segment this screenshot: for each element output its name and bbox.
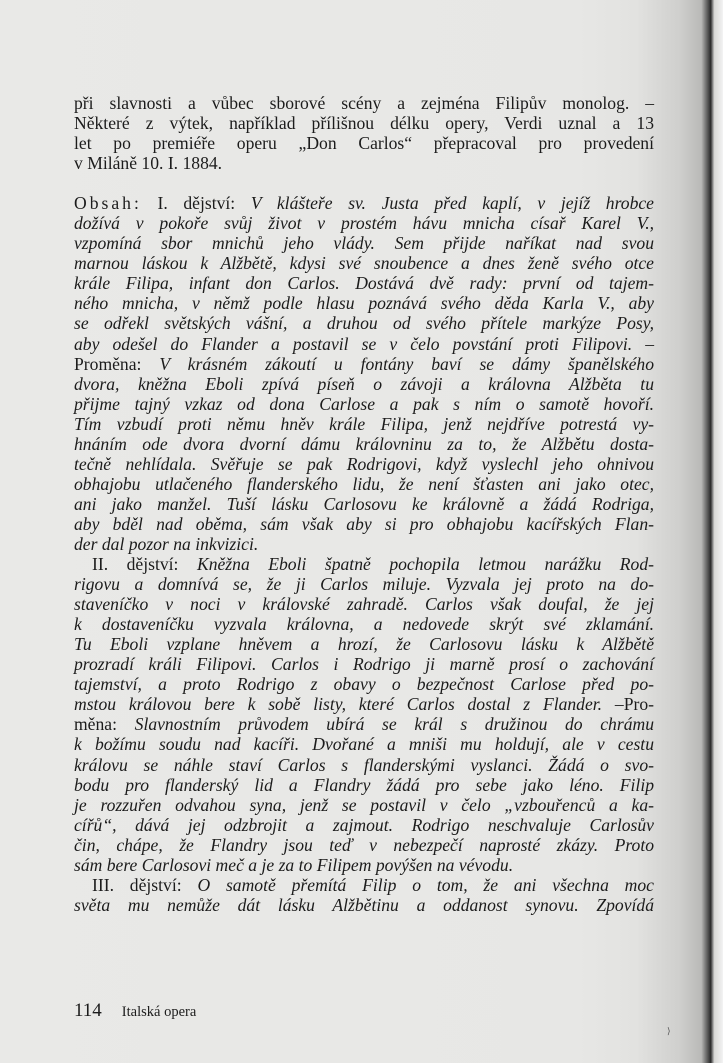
act1-change-line: přijme tajný vzkaz od dona Carlose a pak… xyxy=(74,394,654,414)
intro-line: při slavnosti a vůbec sborové scény a ze… xyxy=(74,93,654,113)
act1-line: ného mnicha, v němž podle hlasu poznává … xyxy=(74,293,654,313)
act2-line: rigovu a domnívá se, že ji Carlos miluje… xyxy=(74,574,654,594)
act2-line: staveníčko v noci v královské zahradě. C… xyxy=(74,594,654,614)
act2-heading: II. dějství: xyxy=(92,554,178,574)
intro-line: v Miláně 10. I. 1884. xyxy=(74,153,654,173)
act2-change-line: k božímu soudu nad kacíři. Dvořané a mni… xyxy=(74,734,654,754)
act1-change-line: hnáním ode dvora dvorní dámu královninu … xyxy=(74,434,654,454)
synopsis-label: Obsah: xyxy=(74,193,142,213)
paragraph-gap xyxy=(74,173,654,193)
act1-first-line: Obsah: I. dějství: V klášteře sv. Justa … xyxy=(74,193,654,213)
act3-line: světa mu nemůže dát lásku Alžbětinu a od… xyxy=(74,895,654,915)
act2-change-line: královu se náhle staví Carlos s flanders… xyxy=(74,755,654,775)
page-number: 114 xyxy=(74,1000,102,1021)
act2-line: mstou královou bere k sobě listy, které … xyxy=(74,694,654,714)
act1-change-line: Proměna: V krásném zákoutí u fontány bav… xyxy=(74,354,654,374)
act2-line: tajemství, a proto Rodrigo z obavy o bez… xyxy=(74,674,654,694)
act1-change-line: dvora, kněžna Eboli zpívá píseň o závoji… xyxy=(74,374,654,394)
book-page: při slavnosti a vůbec sborové scény a ze… xyxy=(0,0,723,1063)
act2-change-line: cířů“, dává jej odzbrojit a zajmout. Rod… xyxy=(74,815,654,835)
act2-text: mstou královou bere k sobě listy, které … xyxy=(74,694,624,714)
body-text: při slavnosti a vůbec sborové scény a ze… xyxy=(74,93,654,915)
intro-line: Některé z výtek, například přílišnou dél… xyxy=(74,113,654,133)
act2-line: k dostaveníčku vyzvala královna, a nedov… xyxy=(74,614,654,634)
act1-line: krále Filipa, infant don Carlos. Dostává… xyxy=(74,273,654,293)
intro-line: let po premiéře operu „Don Carlos“ přepr… xyxy=(74,133,654,153)
running-title: Italská opera xyxy=(122,1004,196,1020)
change-label-start: Pro- xyxy=(624,694,654,714)
act2-change-text: Slavnostním průvodem ubírá se král s dru… xyxy=(135,714,654,734)
act2-first-line: II. dějství: Kněžna Eboli špatně pochopi… xyxy=(74,554,654,574)
act1-change-line: aby bděl nad oběma, sám však aby si pro … xyxy=(74,514,654,534)
act2-change-line: čin, chápe, že Flandry jsou teď v nebezp… xyxy=(74,835,654,855)
act2-line: prozradí králi Filipovi. Carlos i Rodrig… xyxy=(74,654,654,674)
act2-change-line: je rozzuřen odvahou syna, jenž se postav… xyxy=(74,795,654,815)
act2-line: Tu Eboli vzplane hněvem a hrozí, že Carl… xyxy=(74,634,654,654)
act2-change-line: měna: Slavnostním průvodem ubírá se král… xyxy=(74,714,654,734)
act1-change-line: ani jako manžel. Tuší lásku Carlosovu ke… xyxy=(74,494,654,514)
act1-heading: I. dějství: xyxy=(157,193,235,213)
change-label-end: měna: xyxy=(74,714,117,734)
act1-line: marnou láskou k Alžbětě, kdysi své snoub… xyxy=(74,253,654,273)
act1-text: V klášteře sv. Justa před kaplí, v jejíž… xyxy=(251,193,654,213)
act1-change-line: tečně nehlídala. Svěřuje se pak Rodrigov… xyxy=(74,454,654,474)
act3-first-line: III. dějství: O samotě přemítá Filip o t… xyxy=(74,875,654,895)
act1-change-line: der dal pozor na inkvizici. xyxy=(74,534,654,554)
act3-text: O samotě přemítá Filip o tom, že ani vše… xyxy=(197,875,654,895)
act2-text: Kněžna Eboli špatně pochopila letmou nar… xyxy=(197,554,654,574)
change-label: Proměna: xyxy=(74,354,141,374)
act1-change-line: obhajobu utlačeného flanderského lidu, ž… xyxy=(74,474,654,494)
act3-heading: III. dějství: xyxy=(92,875,182,895)
act1-line: se odřekl světských vášní, a druhou od s… xyxy=(74,313,654,333)
act1-change-line: Tím vzbudí proti němu hněv krále Filipa,… xyxy=(74,414,654,434)
paper-speck: ⟩ xyxy=(667,1027,671,1037)
page-footer: 114 Italská opera xyxy=(74,1000,196,1022)
act1-line: vzpomíná sbor mnichů jeho vlády. Sem při… xyxy=(74,233,654,253)
act2-change-line: sám bere Carlosovi meč a je za to Filipe… xyxy=(74,855,654,875)
act2-change-line: bodu pro flanderský lid a Flandry žádá p… xyxy=(74,775,654,795)
act1-line: dožívá v pokoře svůj život v prostém háv… xyxy=(74,213,654,233)
act1-line: aby odešel do Flander a postavil se v če… xyxy=(74,334,654,354)
act1-change-text: V krásném zákoutí u fontány baví se dámy… xyxy=(159,354,654,374)
